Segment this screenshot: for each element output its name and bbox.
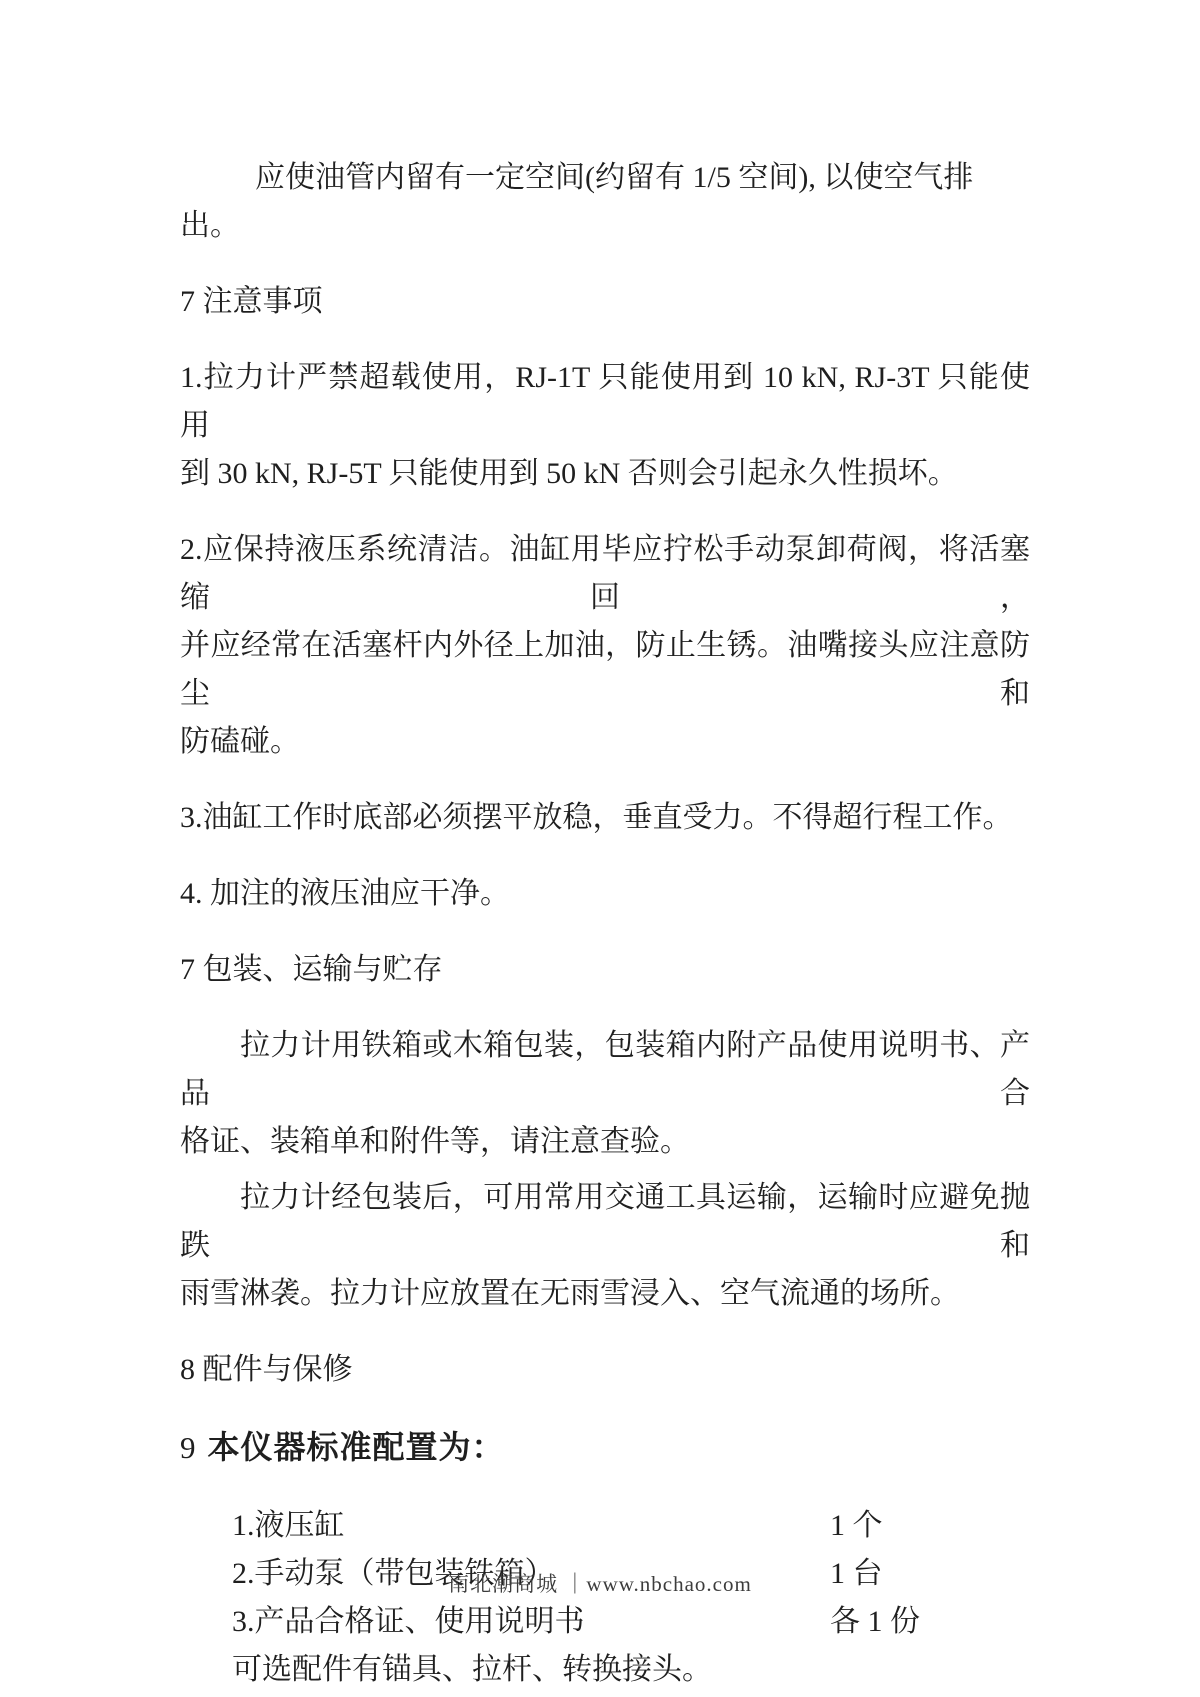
page-content: 应使油管内留有一定空间(约留有 1/5 空间), 以使空气排出。 7 注意事项 … [180,154,1030,1694]
section-heading-packing: 7 包装、运输与贮存 [180,946,1030,994]
section-title: 本仪器标准配置为： [208,1429,505,1465]
paragraph-line: 拉力计用铁箱或木箱包装，包装箱内附产品使用说明书、产品合 [180,1022,1030,1118]
paragraph-note3: 3.油缸工作时底部必须摆平放稳，垂直受力。不得超行程工作。 [180,794,1030,842]
paragraph-line: 4. 加注的液压油应干净。 [180,870,1030,918]
section-heading-accessories: 8 配件与保修 [180,1346,1030,1394]
optional-accessories-note: 可选配件有锚具、拉杆、转换接头。 [232,1646,1030,1694]
footer-text: 南北潮商城 ｜www.nbchao.com [448,1572,752,1596]
section-number: 9 [180,1430,196,1465]
paragraph-line: 到 30 kN, RJ-5T 只能使用到 50 kN 否则会引起永久性损坏。 [180,450,1030,498]
paragraph-line: 2.应保持液压系统清洁。油缸用毕应拧松手动泵卸荷阀，将活塞缩回， [180,526,1030,622]
paragraph-line: 1.拉力计严禁超载使用，RJ-1T 只能使用到 10 kN, RJ-3T 只能使… [180,354,1030,450]
paragraph-line: 防磕碰。 [180,718,1030,766]
document-page: 应使油管内留有一定空间(约留有 1/5 空间), 以使空气排出。 7 注意事项 … [0,0,1200,1697]
footer: 南北潮商城 ｜www.nbchao.com [0,1560,1200,1608]
paragraph-note4: 4. 加注的液压油应干净。 [180,870,1030,918]
paragraph-note1: 1.拉力计严禁超载使用，RJ-1T 只能使用到 10 kN, RJ-3T 只能使… [180,354,1030,498]
paragraph-packing-2: 拉力计经包装后，可用常用交通工具运输，运输时应避免抛跌和 雨雪淋袭。拉力计应放置… [180,1174,1030,1318]
paragraph-line: 拉力计经包装后，可用常用交通工具运输，运输时应避免抛跌和 [180,1174,1030,1270]
list-item-name: 1.液压缸 [232,1509,345,1542]
paragraph-note2: 2.应保持液压系统清洁。油缸用毕应拧松手动泵卸荷阀，将活塞缩回， 并应经常在活塞… [180,526,1030,766]
list-item-name: 3.产品合格证、使用说明书 [232,1605,585,1638]
section-heading-configuration: 9本仪器标准配置为： [180,1422,1030,1474]
paragraph-line: 3.油缸工作时底部必须摆平放稳，垂直受力。不得超行程工作。 [180,794,1030,842]
paragraph-line: 雨雪淋袭。拉力计应放置在无雨雪浸入、空气流通的场所。 [180,1270,1030,1318]
paragraph-packing-1: 拉力计用铁箱或木箱包装，包装箱内附产品使用说明书、产品合 格证、装箱单和附件等，… [180,1022,1030,1166]
section-heading-notes: 7 注意事项 [180,278,1030,326]
paragraph-intro: 应使油管内留有一定空间(约留有 1/5 空间), 以使空气排出。 [180,154,1030,250]
list-item: 1.液压缸 1 个 [232,1502,1030,1550]
paragraph-line: 应使油管内留有一定空间(约留有 1/5 空间), 以使空气排出。 [180,154,1030,250]
paragraph-line: 格证、装箱单和附件等，请注意查验。 [180,1118,1030,1166]
paragraph-line: 并应经常在活塞杆内外径上加油，防止生锈。油嘴接头应注意防尘和 [180,622,1030,718]
list-item-quantity: 1 个 [830,1502,883,1550]
